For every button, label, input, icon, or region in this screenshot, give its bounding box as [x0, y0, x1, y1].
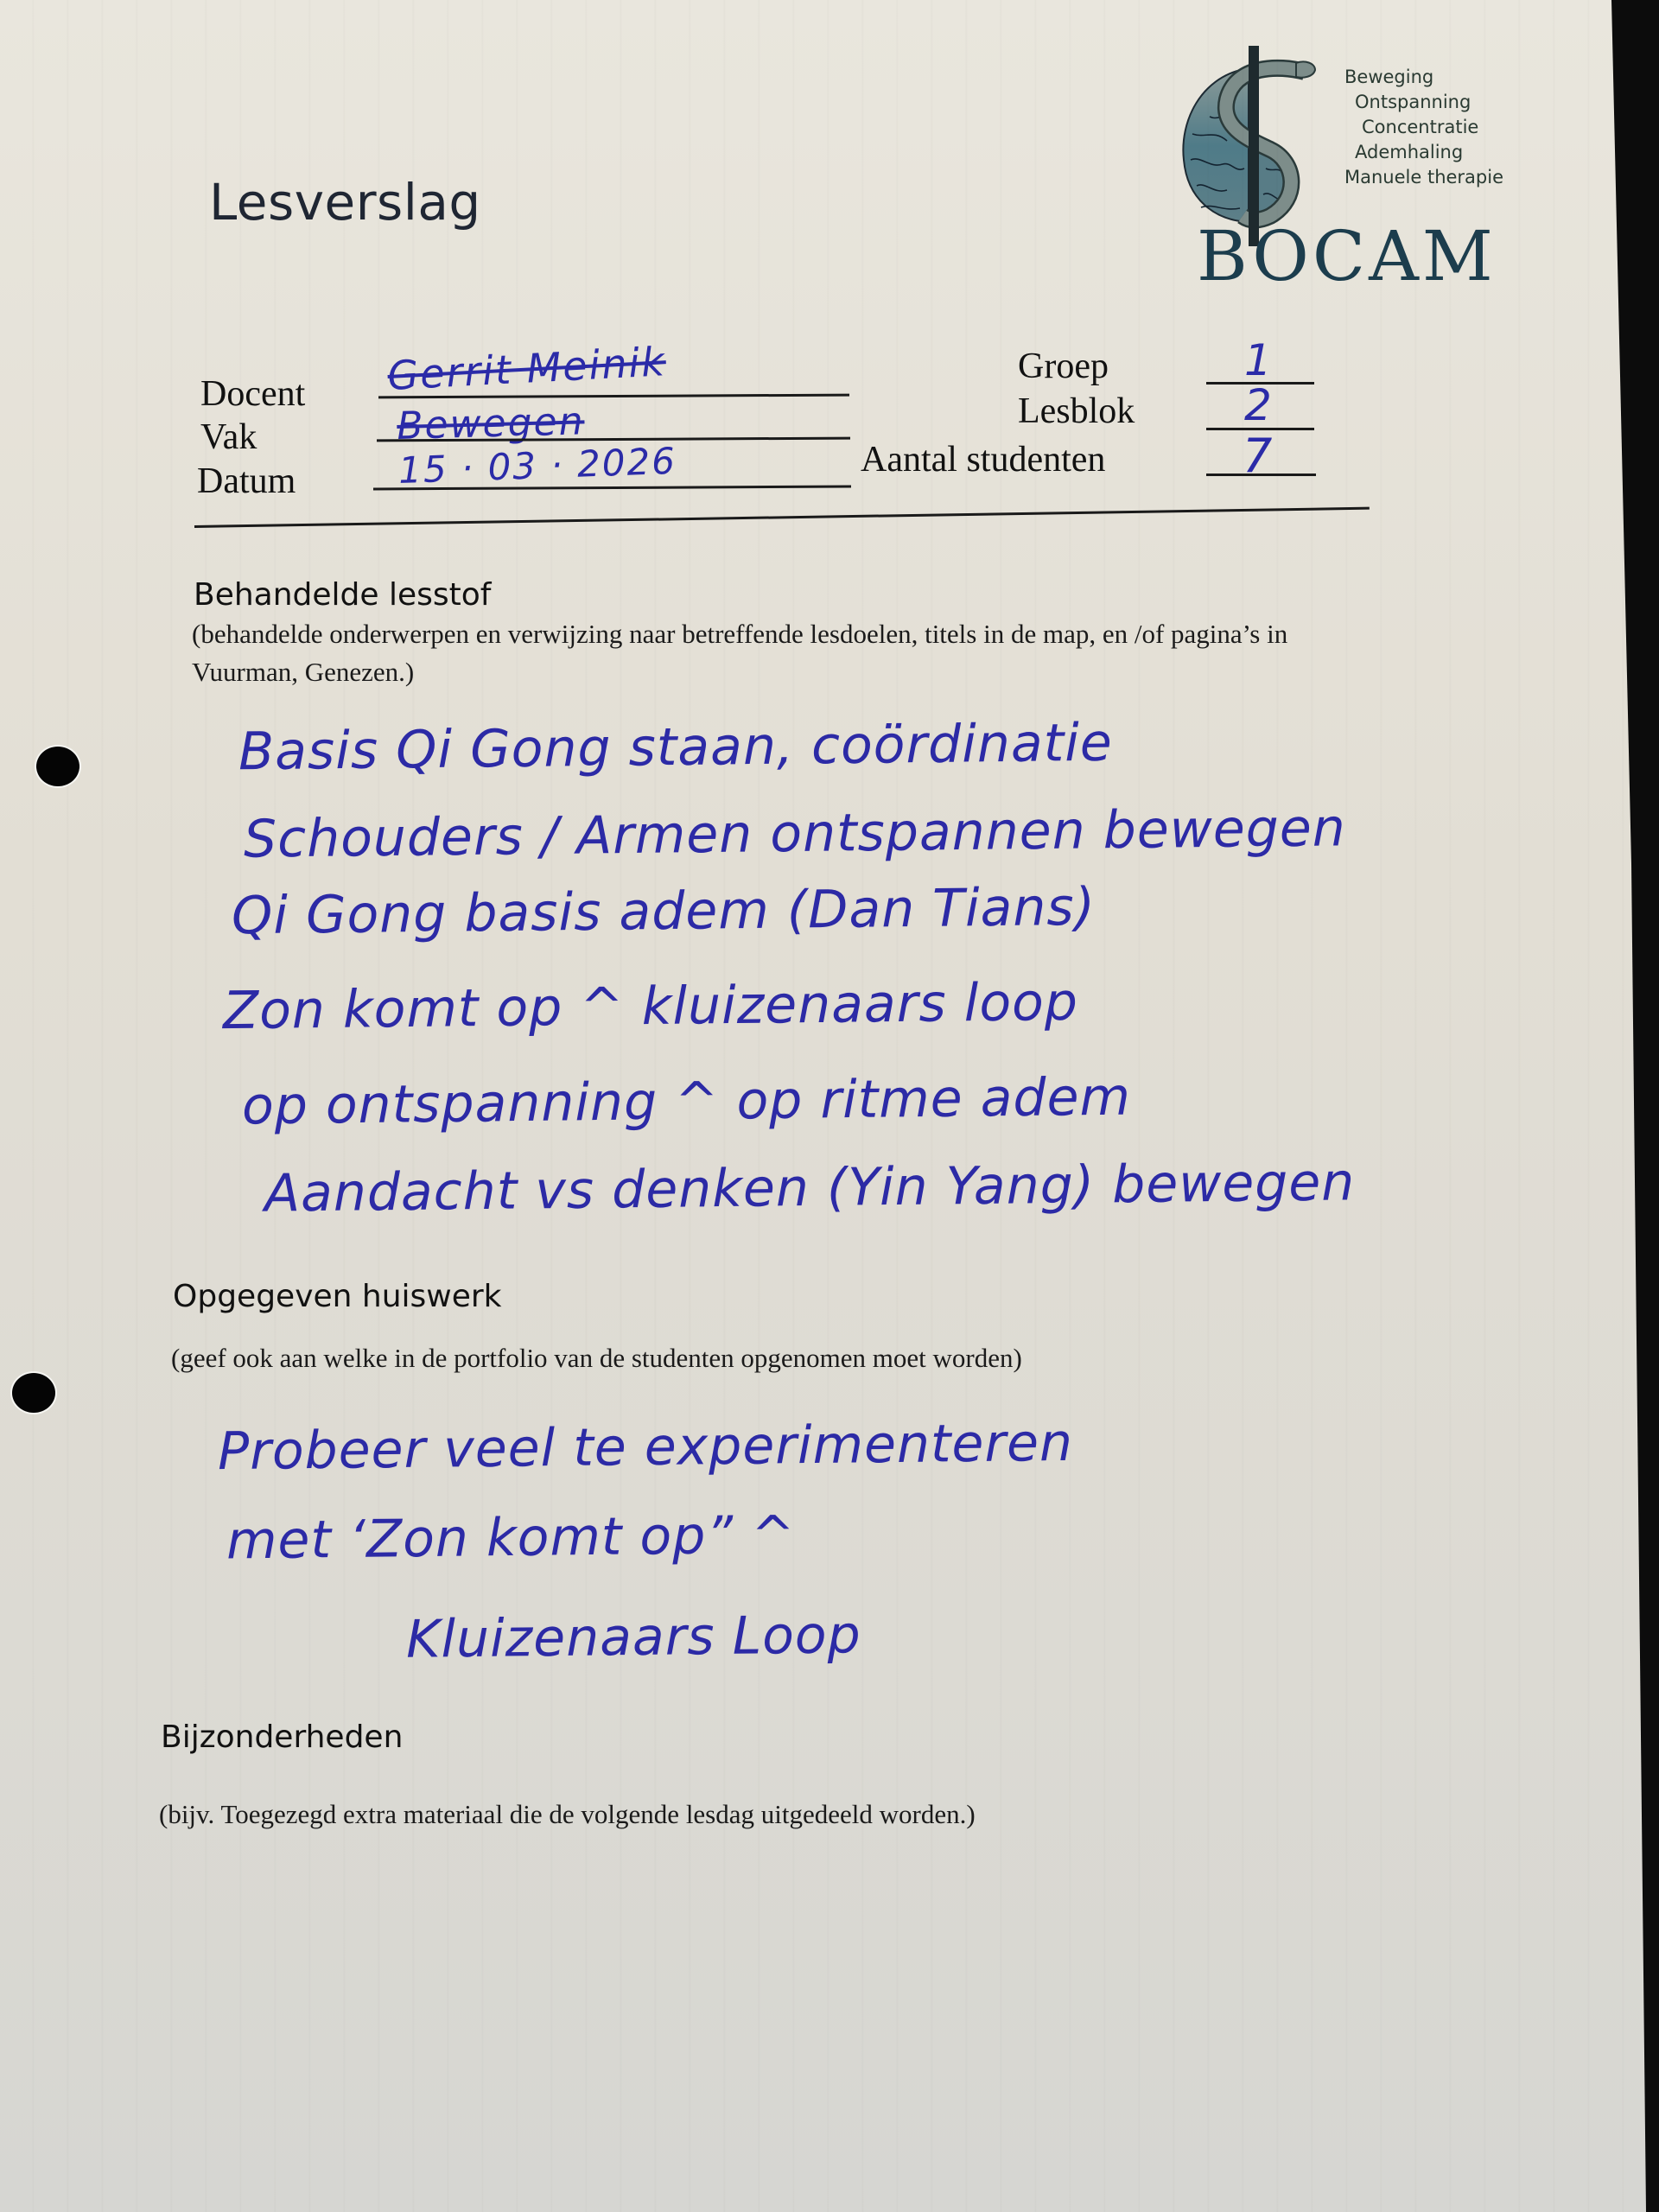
docent-label: Docent: [200, 373, 305, 415]
tagline: Manuele therapie: [1344, 165, 1503, 190]
lesstof-line: op ontspanning ^ op ritme adem: [242, 1067, 1132, 1137]
logo-wordmark: BOCAM: [1197, 216, 1497, 296]
section-hint-opgegeven-huiswerk: (geef ook aan welke in de portfolio van …: [171, 1339, 1381, 1377]
section-hint-behandelde-lesstof: (behandelde onderwerpen en verwijzing na…: [192, 615, 1367, 691]
section-hint-bijzonderheden: (bijv. Toegezegd extra materiaal die de …: [159, 1796, 1369, 1834]
section-heading-behandelde-lesstof: Behandelde lesstof: [194, 577, 491, 613]
logo-taglines: Beweging Ontspanning Concentratie Ademha…: [1344, 65, 1503, 190]
huiswerk-line: Probeer veel te experimenteren: [218, 1413, 1074, 1482]
punch-hole-top: [36, 747, 79, 786]
lesstof-line: Qi Gong basis adem (Dan Tians): [232, 877, 1096, 946]
groep-label: Groep: [1018, 346, 1109, 387]
huiswerk-line: Kluizenaars Loop: [406, 1605, 861, 1670]
groep-value: 1: [1244, 335, 1274, 385]
datum-value: 15 · 03 · 2026: [397, 440, 677, 492]
bocam-logo: Beweging Ontspanning Concentratie Ademha…: [1175, 39, 1538, 298]
lesblok-value: 2: [1244, 380, 1274, 430]
section-heading-bijzonderheden: Bijzonderheden: [161, 1719, 403, 1755]
lesstof-line: Zon komt op ^ kluizenaars loop: [223, 972, 1079, 1041]
header-divider: [194, 507, 1370, 528]
datum-label: Datum: [197, 461, 296, 502]
lesstof-line: Aandacht vs denken (Yin Yang) bewegen: [264, 1152, 1356, 1224]
lesstof-line: Schouders / Armen ontspannen bewegen: [244, 798, 1346, 869]
vak-label: Vak: [200, 416, 257, 458]
tagline: Concentratie: [1362, 115, 1503, 140]
punch-hole-bottom: [12, 1373, 55, 1413]
lesblok-label: Lesblok: [1018, 391, 1135, 432]
docent-value: Gerrit Meinik: [386, 338, 667, 399]
tagline: Beweging: [1344, 65, 1503, 90]
section-heading-opgegeven-huiswerk: Opgegeven huiswerk: [173, 1279, 502, 1314]
brain-caduceus-icon: [1175, 39, 1339, 246]
lesstof-line: Basis Qi Gong staan, coördinatie: [238, 713, 1113, 783]
paper-sheet: Lesverslag: [0, 0, 1659, 2212]
tagline: Ademhaling: [1355, 140, 1503, 165]
huiswerk-line: met ‘Zon komt op” ^: [226, 1505, 796, 1572]
aantal-studenten-underline: [1206, 474, 1316, 476]
tagline: Ontspanning: [1355, 90, 1503, 115]
document-title: Lesverslag: [209, 173, 481, 232]
aantal-studenten-label: Aantal studenten: [861, 439, 1105, 480]
